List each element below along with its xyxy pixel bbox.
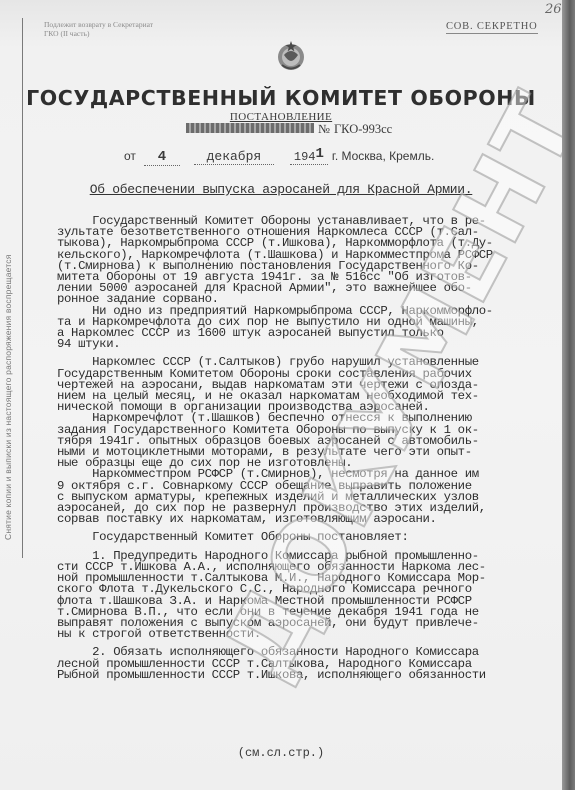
return-note-line: ГКО (II часть): [44, 29, 153, 38]
return-note-line: Подлежит возврату в Секретариат: [44, 20, 153, 29]
number-label: №: [318, 122, 330, 137]
document-subject: Об обеспечении выпуска аэросаней для Кра…: [0, 182, 562, 197]
organization-title: ГОСУДАРСТВЕННЫЙ КОМИТЕТ ОБОРОНЫ: [0, 86, 562, 110]
document-body: Государственный Комитет Обороны устанавл…: [57, 216, 555, 681]
body-line: Рыбной промышленности СССР т.Ишкова, исп…: [57, 670, 555, 681]
body-line: Государственный Комитет Обороны постанов…: [57, 532, 555, 543]
body-line: а Наркомлес СССР из 1600 штук аэросаней …: [57, 328, 555, 339]
document-page: Снятие копии и выписки из настоящего рас…: [0, 0, 562, 790]
document-number-row: № ГКО-993сс: [186, 122, 392, 137]
redacted-text: [186, 123, 314, 133]
date-prefix: от: [124, 149, 136, 163]
body-line: 94 штуки.: [57, 339, 555, 350]
body-line: сорвав поставку их наркоматам, изготовля…: [57, 514, 555, 525]
return-note: Подлежит возврату в Секретариат ГКО (II …: [44, 20, 153, 38]
document-number: ГКО-993сс: [334, 122, 392, 137]
body-line: ны к строгой ответственности.: [57, 629, 555, 640]
page-number: 26: [545, 2, 562, 17]
date-year: 1941: [290, 146, 328, 165]
continued-note: (см.сл.стр.): [0, 746, 562, 760]
year-suffix: 1: [316, 146, 324, 162]
secrecy-stamp: СОВ. СЕКРЕТНО: [446, 21, 538, 34]
date-place: г. Москва, Кремль.: [332, 149, 434, 163]
ussr-emblem-icon: [274, 39, 308, 73]
date-day: 4: [144, 149, 180, 166]
date-month: декабря: [194, 149, 274, 165]
scan-edge-shadow: [562, 0, 575, 790]
copy-prohibition-note: Снятие копии и выписки из настоящего рас…: [3, 254, 13, 540]
year-prefix: 194: [294, 150, 316, 164]
date-row: от 4 декабря 1941 г. Москва, Кремль.: [124, 146, 434, 166]
subject-text: Об обеспечении выпуска аэросаней для Кра…: [90, 182, 473, 197]
